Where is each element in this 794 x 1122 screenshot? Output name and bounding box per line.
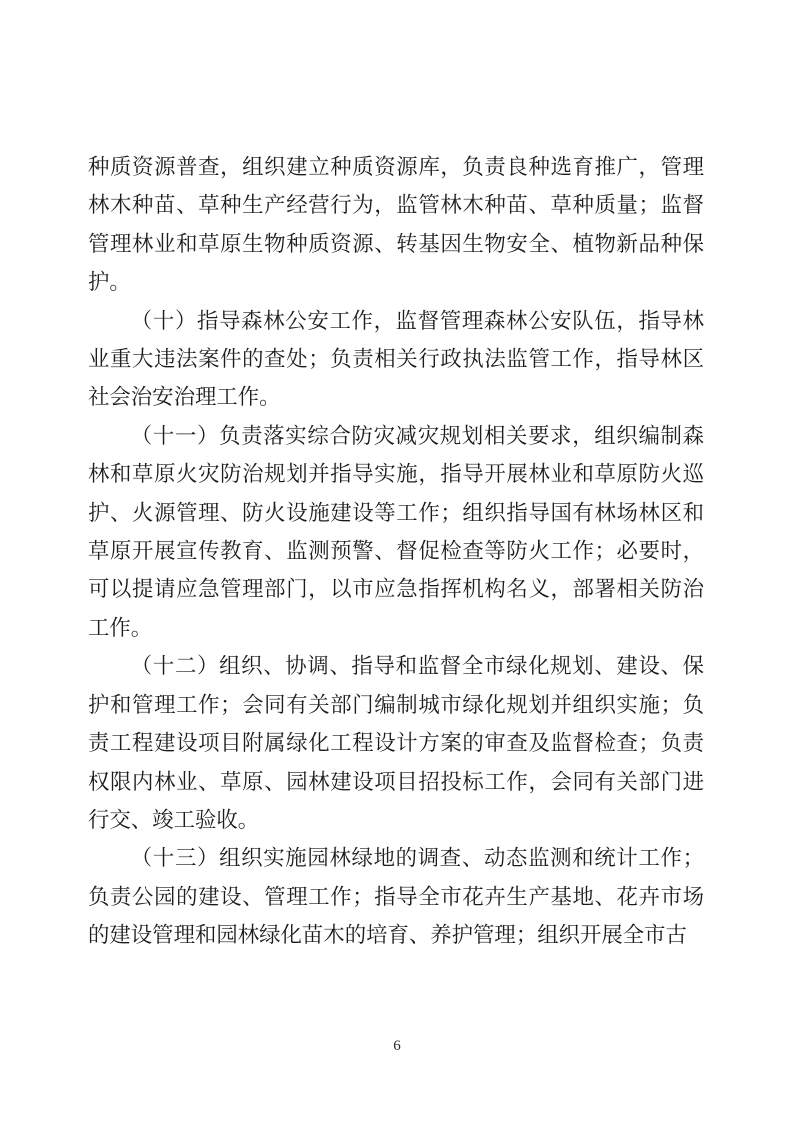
paragraph-continuation: 种质资源普查，组织建立种质资源库，负责良种选育推广，管理林木种苗、草种生产经营行… (88, 148, 704, 302)
paragraph-item-10: （十）指导森林公安工作，监督管理森林公安队伍，指导林业重大违法案件的查处；负责相… (88, 302, 704, 417)
paragraph-item-11: （十一）负责落实综合防灾减灾规划相关要求，组织编制森林和草原火灾防治规划并指导实… (88, 417, 704, 647)
paragraph-item-12: （十二）组织、协调、指导和监督全市绿化规划、建设、保护和管理工作；会同有关部门编… (88, 647, 704, 839)
page-number: 6 (0, 1036, 794, 1056)
document-page: 种质资源普查，组织建立种质资源库，负责良种选育推广，管理林木种苗、草种生产经营行… (0, 0, 794, 1122)
document-body: 种质资源普查，组织建立种质资源库，负责良种选育推广，管理林木种苗、草种生产经营行… (88, 148, 704, 955)
paragraph-item-13: （十三）组织实施园林绿地的调查、动态监测和统计工作；负责公园的建设、管理工作；指… (88, 839, 704, 954)
